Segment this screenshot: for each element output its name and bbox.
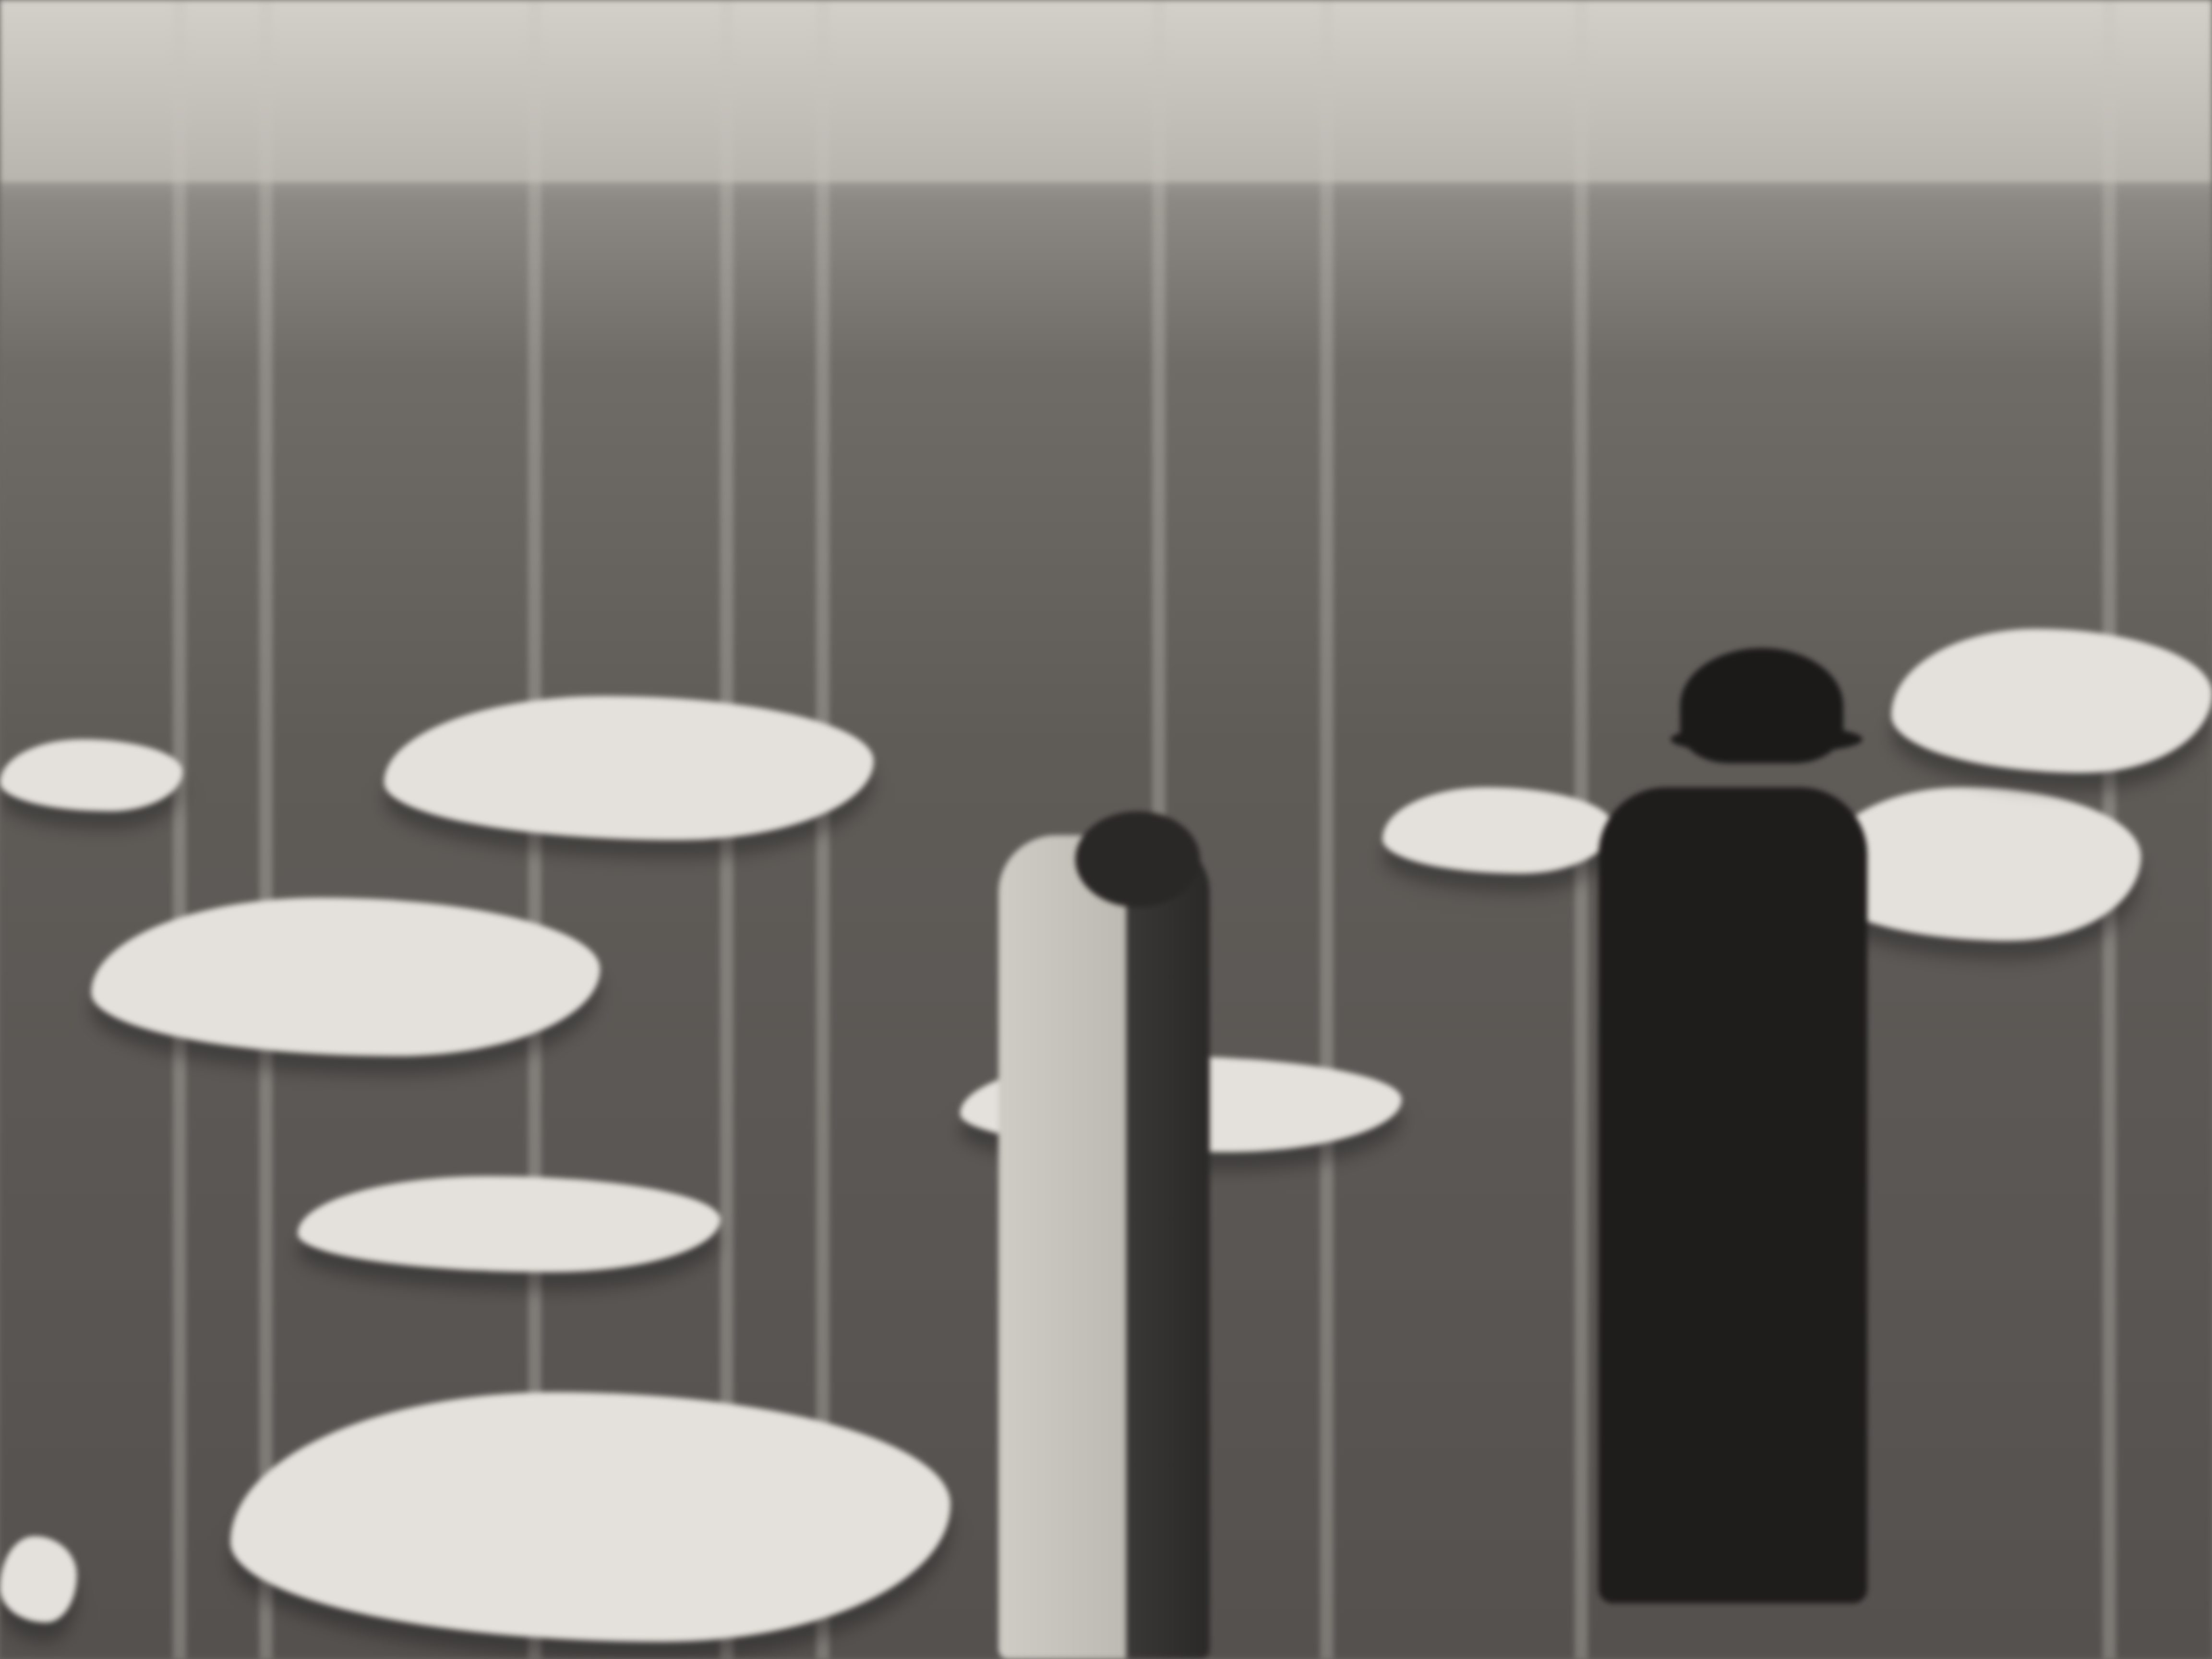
sheet (0, 739, 182, 811)
pole (173, 0, 186, 1659)
pole (1320, 0, 1334, 1659)
sky (0, 0, 2212, 182)
pole (816, 0, 829, 1659)
pole (259, 0, 273, 1659)
sheet (0, 1536, 77, 1623)
figure-light-coat-head (1075, 811, 1200, 907)
figure-light-coat (998, 835, 1210, 1659)
photo-scene (0, 0, 2212, 1659)
sheet (298, 1176, 720, 1272)
sheet (91, 898, 600, 1056)
sheet (230, 1392, 950, 1642)
figure-dark-suit (1599, 787, 1867, 1603)
bowler-hat-brim (1671, 725, 1863, 754)
sheet (1382, 787, 1613, 874)
sheet (1891, 629, 2212, 773)
sheet (384, 696, 874, 840)
